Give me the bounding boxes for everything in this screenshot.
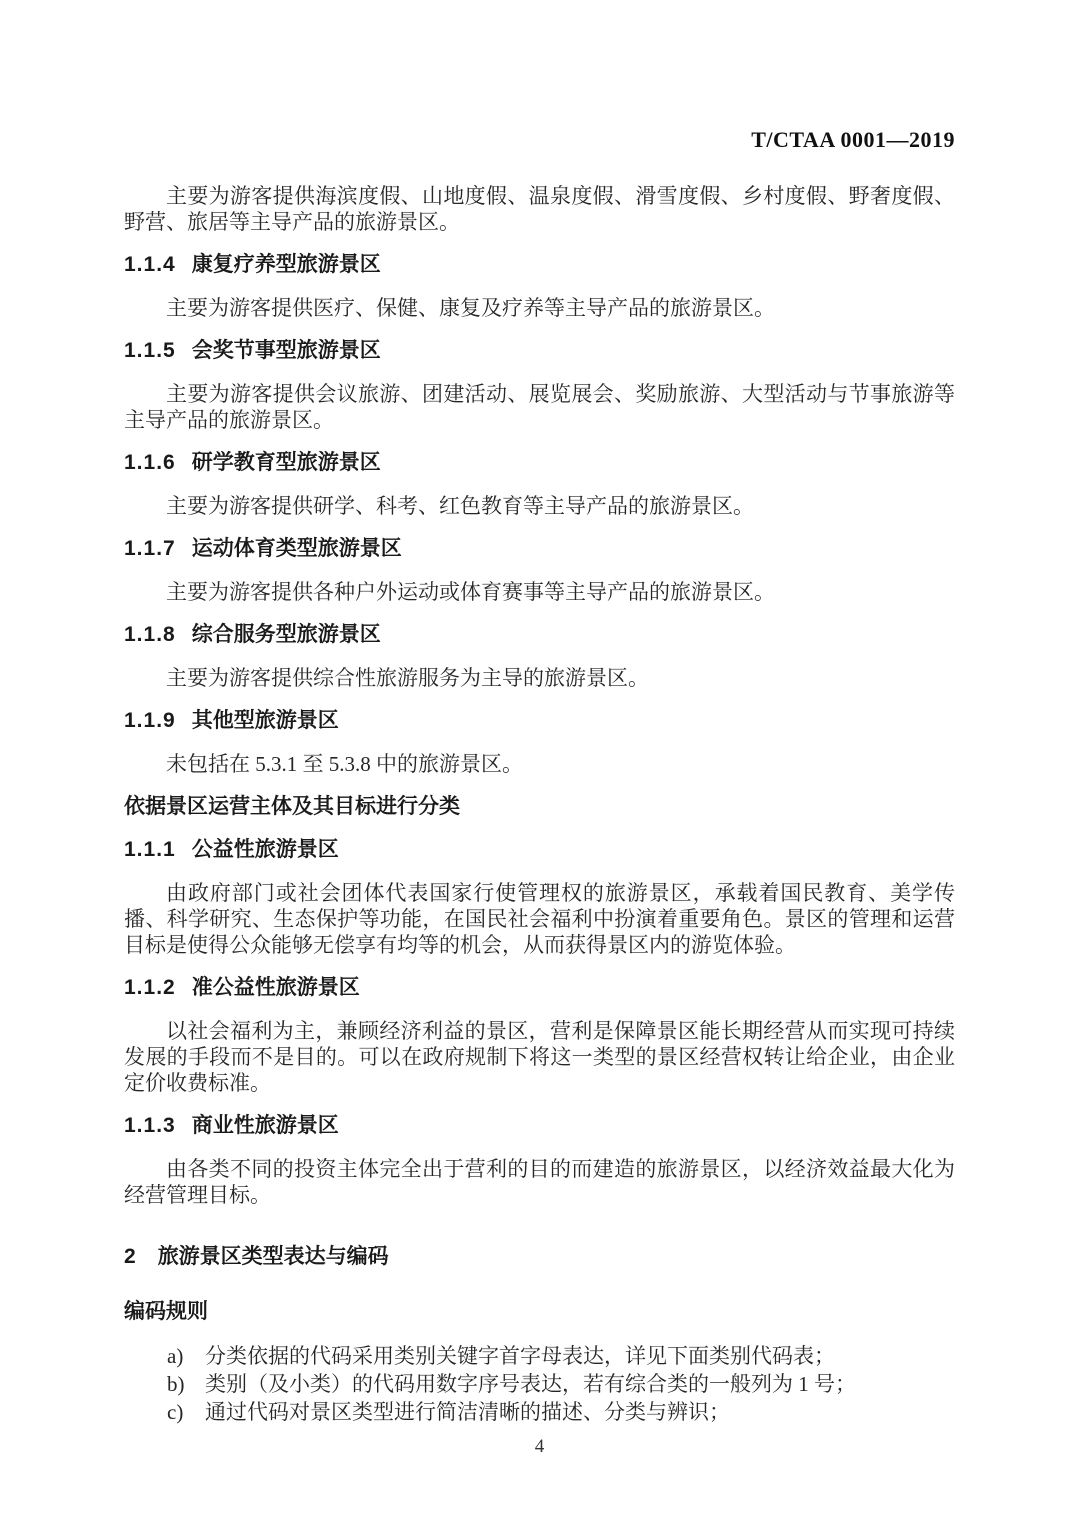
clause-number: 1.1.3 xyxy=(124,1114,176,1137)
clause-number: 1.1.2 xyxy=(124,976,176,999)
list-item-label: a) xyxy=(167,1342,205,1370)
list-item: b)类别（及小类）的代码用数字序号表达，若有综合类的一般列为 1 号； xyxy=(124,1370,955,1398)
list-item-text: 分类依据的代码采用类别关键字首字母表达，详见下面类别代码表； xyxy=(205,1344,835,1368)
clause-title: 公益性旅游景区 xyxy=(192,838,339,861)
clause-number: 1.1.5 xyxy=(124,339,176,362)
clause-heading: 1.1.4康复疗养型旅游景区 xyxy=(124,252,955,278)
paragraph: 未包括在 5.3.1 至 5.3.8 中的旅游景区。 xyxy=(124,751,955,777)
page-number: 4 xyxy=(124,1436,955,1458)
paragraph: 主要为游客提供综合性旅游服务为主导的旅游景区。 xyxy=(124,665,955,691)
section-heading: 依据景区运营主体及其目标进行分类 xyxy=(124,794,955,820)
clause-title: 研学教育型旅游景区 xyxy=(192,451,381,474)
clause-number: 1.1.1 xyxy=(124,838,176,861)
clause-heading: 1.1.8综合服务型旅游景区 xyxy=(124,622,955,648)
paragraph: 由政府部门或社会团体代表国家行使管理权的旅游景区，承载着国民教育、美学传播、科学… xyxy=(124,880,955,958)
clause-heading: 1.1.3商业性旅游景区 xyxy=(124,1113,955,1139)
clause-title: 准公益性旅游景区 xyxy=(192,976,360,999)
document-content: 主要为游客提供海滨度假、山地度假、温泉度假、滑雪度假、乡村度假、野奢度假、野营、… xyxy=(124,183,955,1426)
clause-title: 综合服务型旅游景区 xyxy=(192,623,381,646)
list-item-label: b) xyxy=(167,1370,205,1398)
list-item-label: c) xyxy=(167,1398,205,1426)
paragraph: 由各类不同的投资主体完全出于营利的目的而建造的旅游景区，以经济效益最大化为经营管… xyxy=(124,1156,955,1208)
clause-number: 1.1.7 xyxy=(124,537,176,560)
standard-code: T/CTAA 0001—2019 xyxy=(124,128,955,152)
clause-number: 1.1.8 xyxy=(124,623,176,646)
clause-number: 1.1.6 xyxy=(124,451,176,474)
clause-heading: 1.1.9其他型旅游景区 xyxy=(124,708,955,734)
ordered-list: a)分类依据的代码采用类别关键字首字母表达，详见下面类别代码表；b)类别（及小类… xyxy=(124,1342,955,1426)
chapter-title: 旅游景区类型表达与编码 xyxy=(158,1245,389,1268)
clause-heading: 1.1.1公益性旅游景区 xyxy=(124,837,955,863)
paragraph: 以社会福利为主，兼顾经济利益的景区，营利是保障景区能长期经营从而实现可持续发展的… xyxy=(124,1018,955,1096)
document-page: T/CTAA 0001—2019 主要为游客提供海滨度假、山地度假、温泉度假、滑… xyxy=(0,0,1080,1526)
paragraph: 主要为游客提供海滨度假、山地度假、温泉度假、滑雪度假、乡村度假、野奢度假、野营、… xyxy=(124,183,955,235)
paragraph: 主要为游客提供研学、科考、红色教育等主导产品的旅游景区。 xyxy=(124,493,955,519)
chapter-number: 2 xyxy=(124,1245,136,1268)
clause-title: 其他型旅游景区 xyxy=(192,709,339,732)
list-item-text: 类别（及小类）的代码用数字序号表达，若有综合类的一般列为 1 号； xyxy=(205,1372,856,1396)
chapter-heading: 2旅游景区类型表达与编码 xyxy=(124,1244,955,1270)
clause-title: 会奖节事型旅游景区 xyxy=(192,339,381,362)
clause-heading: 1.1.5会奖节事型旅游景区 xyxy=(124,338,955,364)
list-item: c)通过代码对景区类型进行简洁清晰的描述、分类与辨识； xyxy=(124,1398,955,1426)
clause-heading: 1.1.2准公益性旅游景区 xyxy=(124,975,955,1001)
list-item: a)分类依据的代码采用类别关键字首字母表达，详见下面类别代码表； xyxy=(124,1342,955,1370)
clause-number: 1.1.4 xyxy=(124,253,176,276)
clause-number: 1.1.9 xyxy=(124,709,176,732)
clause-title: 运动体育类型旅游景区 xyxy=(192,537,402,560)
section-heading: 编码规则 xyxy=(124,1299,955,1325)
list-item-text: 通过代码对景区类型进行简洁清晰的描述、分类与辨识； xyxy=(205,1400,730,1424)
clause-heading: 1.1.7运动体育类型旅游景区 xyxy=(124,536,955,562)
paragraph: 主要为游客提供各种户外运动或体育赛事等主导产品的旅游景区。 xyxy=(124,579,955,605)
paragraph: 主要为游客提供会议旅游、团建活动、展览展会、奖励旅游、大型活动与节事旅游等主导产… xyxy=(124,381,955,433)
paragraph: 主要为游客提供医疗、保健、康复及疗养等主导产品的旅游景区。 xyxy=(124,295,955,321)
clause-heading: 1.1.6研学教育型旅游景区 xyxy=(124,450,955,476)
clause-title: 商业性旅游景区 xyxy=(192,1114,339,1137)
clause-title: 康复疗养型旅游景区 xyxy=(192,253,381,276)
